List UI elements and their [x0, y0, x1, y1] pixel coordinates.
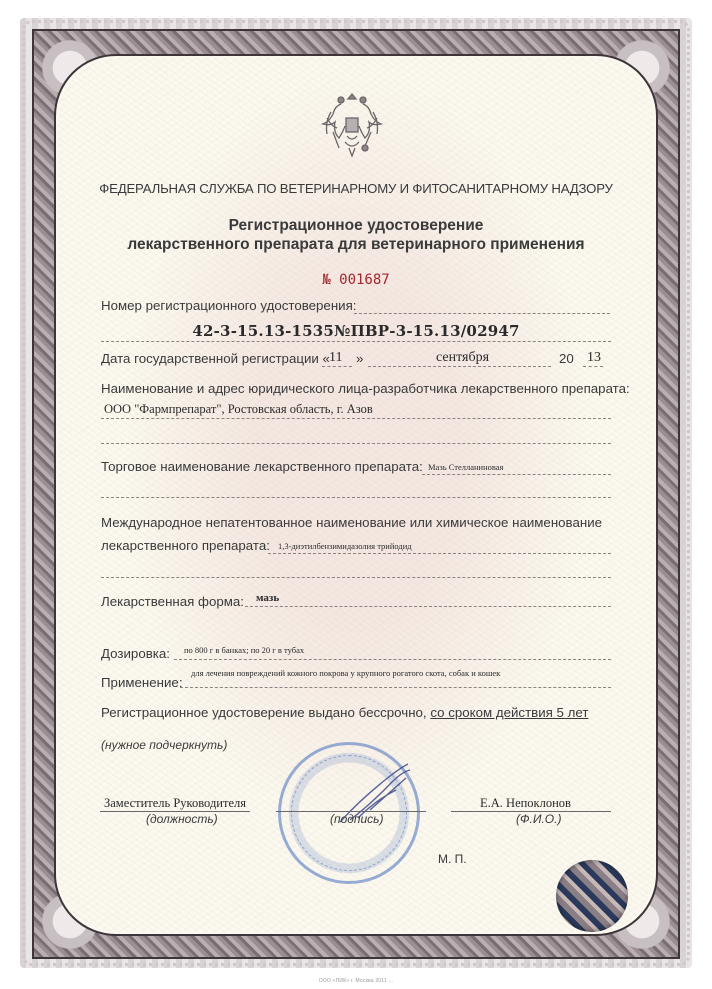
reg-date-year: 13 — [587, 350, 601, 366]
position-caption: (должность) — [146, 812, 218, 826]
inn-label-line1: Международное непатентованное наименован… — [101, 515, 602, 530]
signature-caption: (подпись) — [330, 812, 384, 826]
seal-placement-label: М. П. — [438, 852, 467, 866]
position-value: Заместитель Руководителя — [104, 796, 246, 811]
developer-line-2 — [101, 443, 611, 444]
usage-line — [180, 687, 611, 688]
developer-line-1 — [101, 418, 611, 419]
inn-label-line2: лекарственного препарата: — [101, 538, 270, 553]
dosage-value: по 800 г в банках; по 20 г в тубах — [184, 645, 304, 655]
developer-label: Наименование и адрес юридического лица-р… — [101, 381, 630, 396]
name-value: Е.А. Непоклонов — [480, 796, 571, 811]
printer-imprint: ООО «ПИК» г. Москва 2011 ... — [0, 978, 712, 984]
dosage-label: Дозировка: — [101, 646, 170, 661]
document-title-line2: лекарственного препарата для ветеринарно… — [60, 236, 652, 254]
reg-date-month-line — [368, 366, 551, 367]
form-line — [245, 606, 611, 607]
agency-name: ФЕДЕРАЛЬНАЯ СЛУЖБА ПО ВЕТЕРИНАРНОМУ И ФИ… — [60, 181, 652, 196]
document-title-line1: Регистрационное удостоверение — [60, 217, 652, 235]
emblem-icon — [319, 88, 385, 168]
inn-value: 1,3-диэтилбензимидазолия трийодид — [278, 541, 412, 551]
validity-prefix: Регистрационное удостоверение выдано бес… — [101, 705, 427, 720]
form-value: мазь — [256, 592, 279, 604]
reg-number-label-line — [354, 313, 610, 314]
usage-label: Применение: — [101, 675, 183, 690]
reg-number-value-line — [101, 341, 611, 342]
developer-value: ООО "Фармпрепарат", Ростовская область, … — [104, 402, 373, 417]
serial-number: № 001687 — [60, 272, 652, 288]
reg-date-label: Дата государственной регистрации « — [101, 351, 330, 366]
validity-statement: Регистрационное удостоверение выдано бес… — [101, 705, 588, 720]
trade-name-line-1 — [422, 474, 611, 475]
trade-name-line-2 — [101, 497, 611, 498]
validity-term: со сроком действия 5 лет — [430, 705, 588, 720]
reg-number-value: 42-3-15.13-1535№ПВР-3-15.13/02947 — [60, 322, 652, 340]
trade-name-value: Мазь Стелланиновая — [428, 462, 503, 472]
usage-value: для лечения повреждений кожного покрова … — [191, 668, 500, 678]
trade-name-label: Торговое наименование лекарственного пре… — [101, 459, 423, 474]
reg-date-day: 11 — [329, 350, 342, 366]
underline-note: (нужное подчеркнуть) — [101, 738, 227, 752]
reg-date-year-line — [583, 366, 603, 367]
hologram-icon — [556, 860, 628, 932]
reg-date-month: сентября — [436, 350, 489, 366]
reg-date-century: 20 — [559, 351, 574, 366]
inn-line-1 — [268, 553, 611, 554]
reg-date-day-line — [322, 366, 352, 367]
dosage-line — [174, 659, 611, 660]
inn-line-2 — [101, 577, 611, 578]
form-label: Лекарственная форма: — [101, 594, 244, 609]
name-caption: (Ф.И.О.) — [516, 812, 561, 826]
reg-date-close-quote: » — [356, 351, 363, 366]
reg-number-label: Номер регистрационного удостоверения: — [101, 298, 357, 313]
